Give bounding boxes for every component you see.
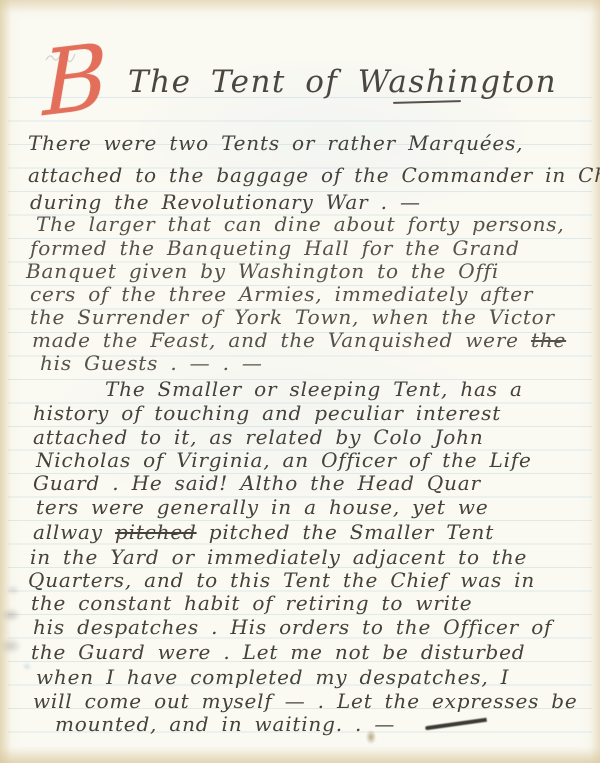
blue-speck bbox=[24, 664, 30, 669]
struck-word: the bbox=[531, 328, 566, 352]
manuscript-line: the Surrender of York Town, when the Vic… bbox=[30, 305, 555, 329]
margin-smudge bbox=[6, 585, 20, 595]
manuscript-page: B The Tent of Washington There were two … bbox=[0, 0, 600, 763]
manuscript-line: history of touching and peculiar interes… bbox=[33, 401, 501, 425]
manuscript-line: the constant habit of retiring to write bbox=[31, 591, 472, 615]
manuscript-line: The larger that can dine about forty per… bbox=[36, 212, 564, 236]
line-text: pitched the Smaller Tent bbox=[197, 520, 494, 544]
manuscript-line: formed the Banqueting Hall for the Grand bbox=[30, 236, 520, 260]
manuscript-line: There were two Tents or rather Marquées, bbox=[28, 131, 523, 155]
title-underline-flourish bbox=[393, 100, 461, 104]
manuscript-line: the Guard were . Let me not be disturbed bbox=[31, 640, 525, 664]
manuscript-line: Banquet given by Washington to the Offi bbox=[26, 259, 499, 283]
page-title: The Tent of Washington bbox=[128, 64, 557, 100]
closing-pen-flourish bbox=[425, 718, 487, 731]
manuscript-line: allway pitched pitched the Smaller Tent bbox=[33, 520, 494, 544]
line-text: allway bbox=[33, 520, 115, 544]
manuscript-line: will come out myself — . Let the express… bbox=[33, 689, 578, 713]
margin-smudge bbox=[0, 638, 22, 654]
manuscript-line: mounted, and in waiting. . — bbox=[55, 712, 395, 736]
manuscript-line: attached to the baggage of the Commander… bbox=[28, 163, 600, 187]
manuscript-line: Guard . He said! Altho the Head Quar bbox=[33, 471, 481, 495]
red-letter-b-mark: B bbox=[41, 32, 108, 131]
manuscript-line: cers of the three Armies, immediately af… bbox=[30, 282, 533, 306]
manuscript-line: his Guests . — . — bbox=[40, 351, 263, 375]
struck-word: pitched bbox=[115, 520, 197, 544]
manuscript-line: when I have completed my despatches, I bbox=[36, 665, 509, 689]
manuscript-line: Nicholas of Virginia, an Officer of the … bbox=[36, 448, 532, 472]
ink-blot bbox=[366, 730, 376, 744]
manuscript-line: his despatches . His orders to the Offic… bbox=[33, 615, 552, 639]
manuscript-line: in the Yard or immediately adjacent to t… bbox=[30, 545, 527, 569]
manuscript-line: Quarters, and to this Tent the Chief was… bbox=[28, 568, 535, 592]
manuscript-line: The Smaller or sleeping Tent, has a bbox=[105, 377, 523, 401]
manuscript-line: during the Revolutionary War . — bbox=[30, 190, 421, 214]
margin-smudge bbox=[1, 608, 21, 622]
manuscript-line: made the Feast, and the Vanquished were … bbox=[32, 328, 566, 352]
manuscript-line: attached to it, as related by Colo John bbox=[33, 425, 484, 449]
line-text: made the Feast, and the Vanquished were bbox=[32, 328, 531, 352]
manuscript-line: ters were generally in a house, yet we bbox=[36, 495, 488, 519]
